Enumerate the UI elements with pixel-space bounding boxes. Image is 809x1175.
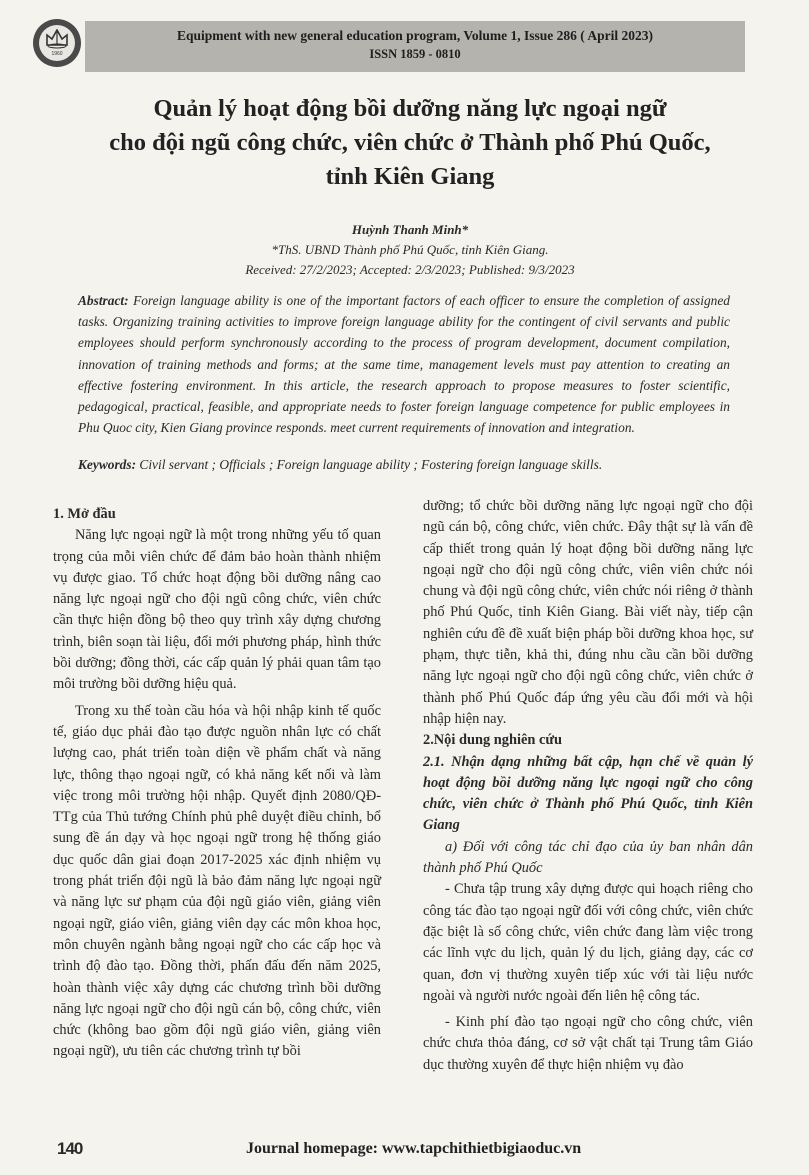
journal-homepage: Journal homepage: www.tapchithietbigiaod…: [246, 1140, 581, 1158]
paragraph: dưỡng; tổ chức bồi dưỡng năng lực ngoại …: [423, 496, 753, 730]
crown-icon: [45, 29, 69, 49]
logo-year: 1960: [51, 51, 62, 57]
issn: ISSN 1859 - 0810: [85, 45, 745, 64]
abstract: Abstract: Foreign language ability is on…: [78, 290, 730, 438]
journal-banner: Equipment with new general education pro…: [85, 21, 745, 72]
article-dates: Received: 27/2/2023; Accepted: 2/3/2023;…: [40, 260, 780, 280]
article-title: Quản lý hoạt động bồi dưỡng năng lực ngo…: [40, 92, 780, 194]
logo-inner: 1960: [39, 25, 75, 61]
paragraph: Năng lực ngoại ngữ là một trong những yế…: [53, 525, 381, 695]
author-block: Huỳnh Thanh Minh* *ThS. UBND Thành phố P…: [40, 220, 780, 280]
title-line: cho đội ngũ công chức, viên chức ở Thành…: [40, 126, 780, 160]
subsection-heading: 2.1. Nhận dạng những bất cập, hạn chế về…: [423, 752, 753, 837]
author-name: Huỳnh Thanh Minh*: [40, 220, 780, 240]
journal-line: Equipment with new general education pro…: [85, 26, 745, 45]
section-heading-content: 2.Nội dung nghiên cứu: [423, 730, 753, 751]
abstract-label: Abstract:: [78, 293, 129, 308]
keywords-label: Keywords:: [78, 457, 136, 472]
paragraph: Trong xu thế toàn cầu hóa và hội nhập ki…: [53, 701, 381, 1063]
page-number: 140: [57, 1139, 82, 1159]
journal-logo-icon: 1960: [33, 19, 81, 67]
title-line: tỉnh Kiên Giang: [40, 160, 780, 194]
author-affiliation: *ThS. UBND Thành phố Phú Quốc, tỉnh Kiên…: [40, 240, 780, 260]
keywords: Keywords: Civil servant ; Officials ; Fo…: [78, 455, 738, 475]
title-line: Quản lý hoạt động bồi dưỡng năng lực ngo…: [40, 92, 780, 126]
journal-header: 1960 Equipment with new general educatio…: [20, 8, 809, 78]
bullet-paragraph: - Kinh phí đào tạo ngoại ngữ cho công ch…: [423, 1012, 753, 1076]
abstract-text: Foreign language ability is one of the i…: [78, 293, 730, 435]
keywords-text: Civil servant ; Officials ; Foreign lang…: [139, 457, 602, 472]
left-column: 1. Mở đầu Năng lực ngoại ngữ là một tron…: [53, 504, 381, 1063]
section-heading-intro: 1. Mở đầu: [53, 504, 381, 525]
sub-heading-a: a) Đối với công tác chỉ đạo của ủy ban n…: [423, 837, 753, 880]
bullet-paragraph: - Chưa tập trung xây dựng được qui hoạch…: [423, 879, 753, 1007]
right-column: dưỡng; tổ chức bồi dưỡng năng lực ngoại …: [423, 496, 753, 1076]
